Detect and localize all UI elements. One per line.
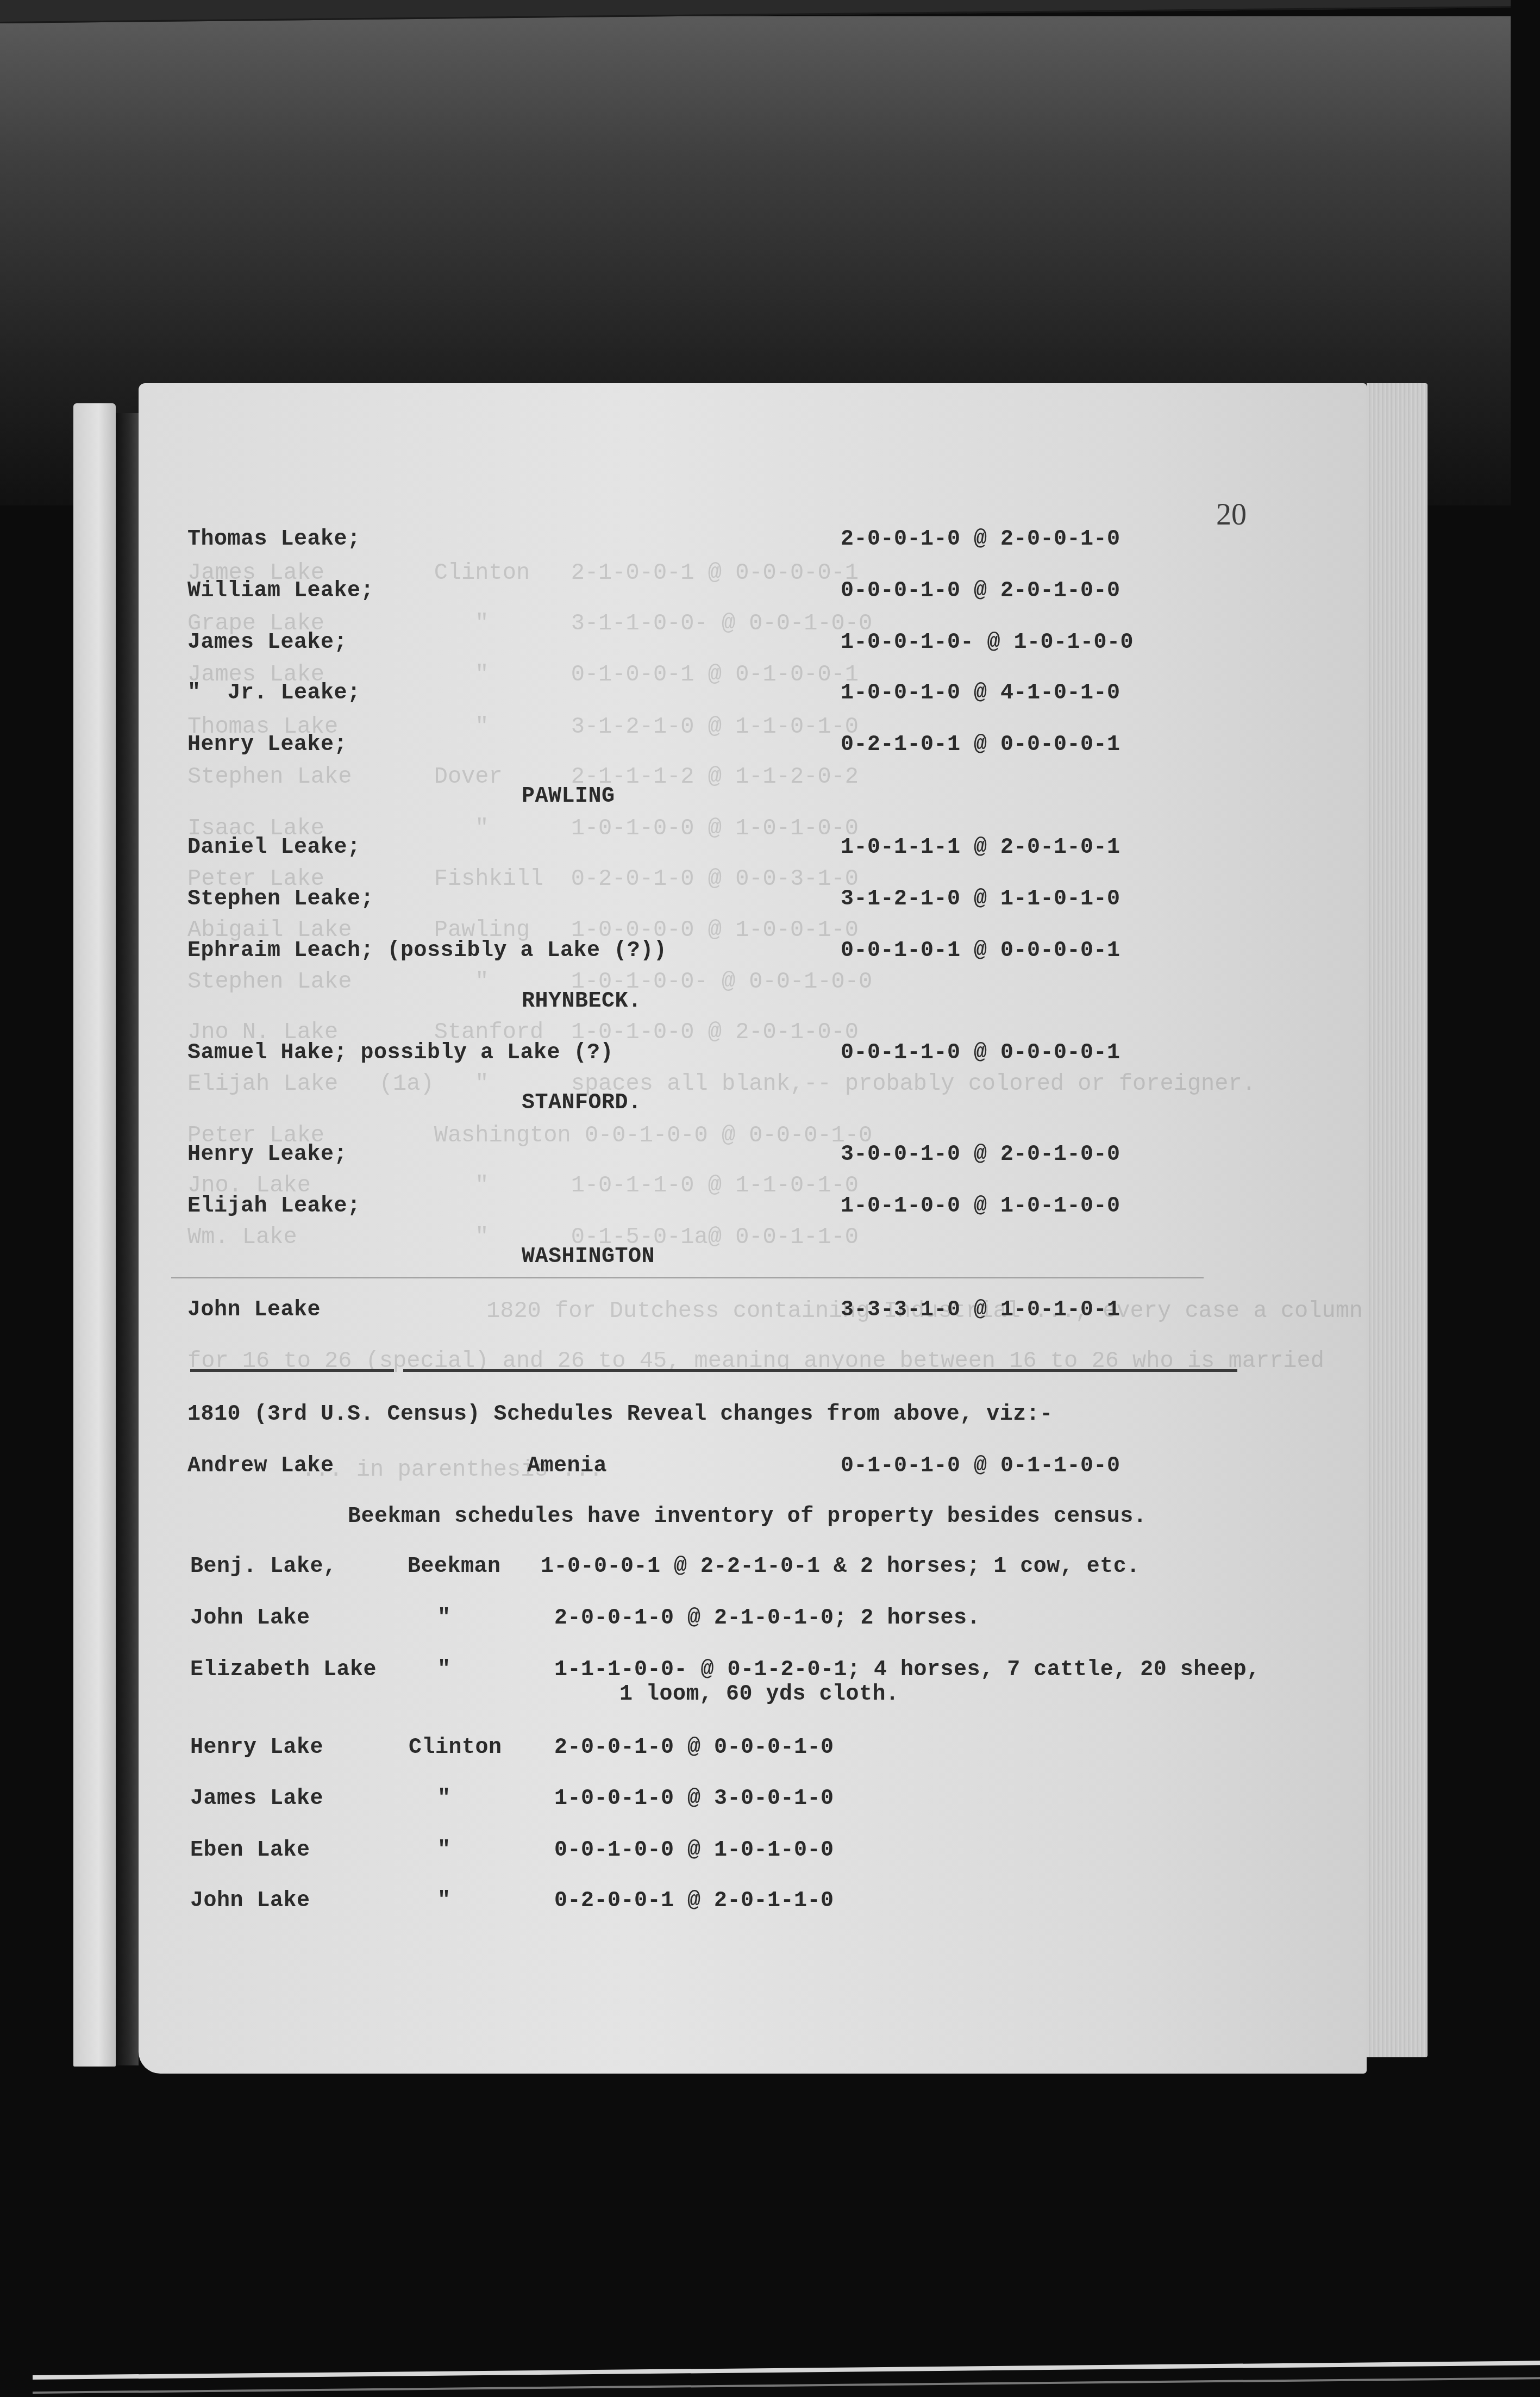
- section-divider-short: [190, 1369, 394, 1372]
- entry-values: 2-0-0-1-0 @ 2-0-0-1-0: [841, 527, 1120, 552]
- entry-town: ": [437, 1889, 451, 1913]
- entry-values: 3-3-3-1-0 @ 1-0-1-0-1: [841, 1298, 1120, 1322]
- book-gutter: [116, 413, 139, 2065]
- entry-values-continuation: 1 loom, 60 yds cloth.: [619, 1682, 899, 1707]
- census-1810-intro: 1810 (3rd U.S. Census) Schedules Reveal …: [187, 1402, 1053, 1427]
- section-heading-washington: WASHINGTON: [522, 1245, 655, 1269]
- left-page-leaf: [73, 403, 116, 2067]
- section-heading-pawling: PAWLING: [522, 784, 615, 809]
- entry-name: Eben Lake: [190, 1838, 310, 1863]
- entry-town: ": [437, 1606, 451, 1631]
- entry-name: Elijah Leake;: [187, 1194, 361, 1219]
- entry-name: John Lake: [190, 1889, 310, 1913]
- entry-town: Beekman: [408, 1555, 501, 1579]
- entry-values: 0-1-0-1-0 @ 0-1-1-0-0: [841, 1454, 1120, 1478]
- entry-values: 1-0-0-1-0 @ 3-0-0-1-0: [554, 1787, 834, 1811]
- entry-town: ": [437, 1838, 451, 1863]
- faint-divider: [171, 1277, 1204, 1278]
- entry-values: 0-2-0-0-1 @ 2-0-1-1-0: [554, 1889, 834, 1913]
- entry-name: Henry Lake: [190, 1736, 323, 1760]
- section-heading-rhynbeck: RHYNBECK.: [522, 989, 642, 1014]
- entry-town: ": [437, 1787, 451, 1811]
- entry-values: 3-1-2-1-0 @ 1-1-0-1-0: [841, 887, 1120, 912]
- entry-values: 1-0-0-0-1 @ 2-2-1-0-1 & 2 horses; 1 cow,…: [541, 1555, 1140, 1579]
- entry-name: William Leake;: [187, 579, 374, 603]
- entry-name: Thomas Leake;: [187, 527, 361, 552]
- entry-name: Daniel Leake;: [187, 835, 361, 860]
- entry-name: James Leake;: [187, 631, 347, 655]
- entry-name: Samuel Hake; possibly a Lake (?): [187, 1041, 614, 1065]
- section-divider-long: [403, 1369, 1237, 1372]
- entry-town: ": [437, 1658, 451, 1682]
- entry-values: 0-0-0-1-0 @ 2-0-1-0-0: [841, 579, 1120, 603]
- entry-values: 2-0-0-1-0 @ 0-0-0-1-0: [554, 1736, 834, 1760]
- page-number: 20: [1216, 497, 1247, 532]
- entry-values: 2-0-0-1-0 @ 2-1-0-1-0; 2 horses.: [554, 1606, 980, 1631]
- document-page: James Lake Clinton 2-1-0-0-1 @ 0-0-0-0-1…: [139, 383, 1367, 2074]
- entry-name: " Jr. Leake;: [187, 681, 361, 706]
- section-heading-stanford: STANFORD.: [522, 1091, 642, 1115]
- entry-name: Benj. Lake,: [190, 1555, 337, 1579]
- entry-values: 0-0-1-0-1 @ 0-0-0-0-1: [841, 939, 1120, 963]
- entry-values: 0-0-1-1-0 @ 0-0-0-0-1: [841, 1041, 1120, 1065]
- entry-values: 1-0-1-1-1 @ 2-0-1-0-1: [841, 835, 1120, 860]
- page-stack-edge: [1367, 383, 1428, 2057]
- entry-values: 1-0-1-0-0 @ 1-0-1-0-0: [841, 1194, 1120, 1219]
- entry-name: Henry Leake;: [187, 733, 347, 757]
- entry-values: 3-0-0-1-0 @ 2-0-1-0-0: [841, 1143, 1120, 1167]
- entry-name: Elizabeth Lake: [190, 1658, 377, 1682]
- entry-values: 0-0-1-0-0 @ 1-0-1-0-0: [554, 1838, 834, 1863]
- entry-town: Clinton: [409, 1736, 502, 1760]
- entry-name: John Lake: [190, 1606, 310, 1631]
- entry-values: 0-2-1-0-1 @ 0-0-0-0-1: [841, 733, 1120, 757]
- entry-name: Andrew Lake: [187, 1454, 334, 1478]
- entry-town: Amenia: [527, 1454, 607, 1478]
- beekman-note: Beekman schedules have inventory of prop…: [348, 1505, 1147, 1529]
- entry-name: John Leake: [187, 1298, 321, 1322]
- entry-values: 1-0-0-1-0- @ 1-0-1-0-0: [841, 631, 1134, 655]
- film-edge-line-secondary: [33, 2377, 1540, 2394]
- film-edge-line: [33, 2361, 1540, 2380]
- entry-name: Stephen Leake;: [187, 887, 374, 912]
- entry-name: Henry Leake;: [187, 1143, 347, 1167]
- entry-values: 1-0-0-1-0 @ 4-1-0-1-0: [841, 681, 1120, 706]
- entry-values: 1-1-1-0-0- @ 0-1-2-0-1; 4 horses, 7 catt…: [554, 1658, 1260, 1682]
- entry-name: Ephraim Leach; (possibly a Lake (?)): [187, 939, 667, 963]
- entry-name: James Lake: [190, 1787, 323, 1811]
